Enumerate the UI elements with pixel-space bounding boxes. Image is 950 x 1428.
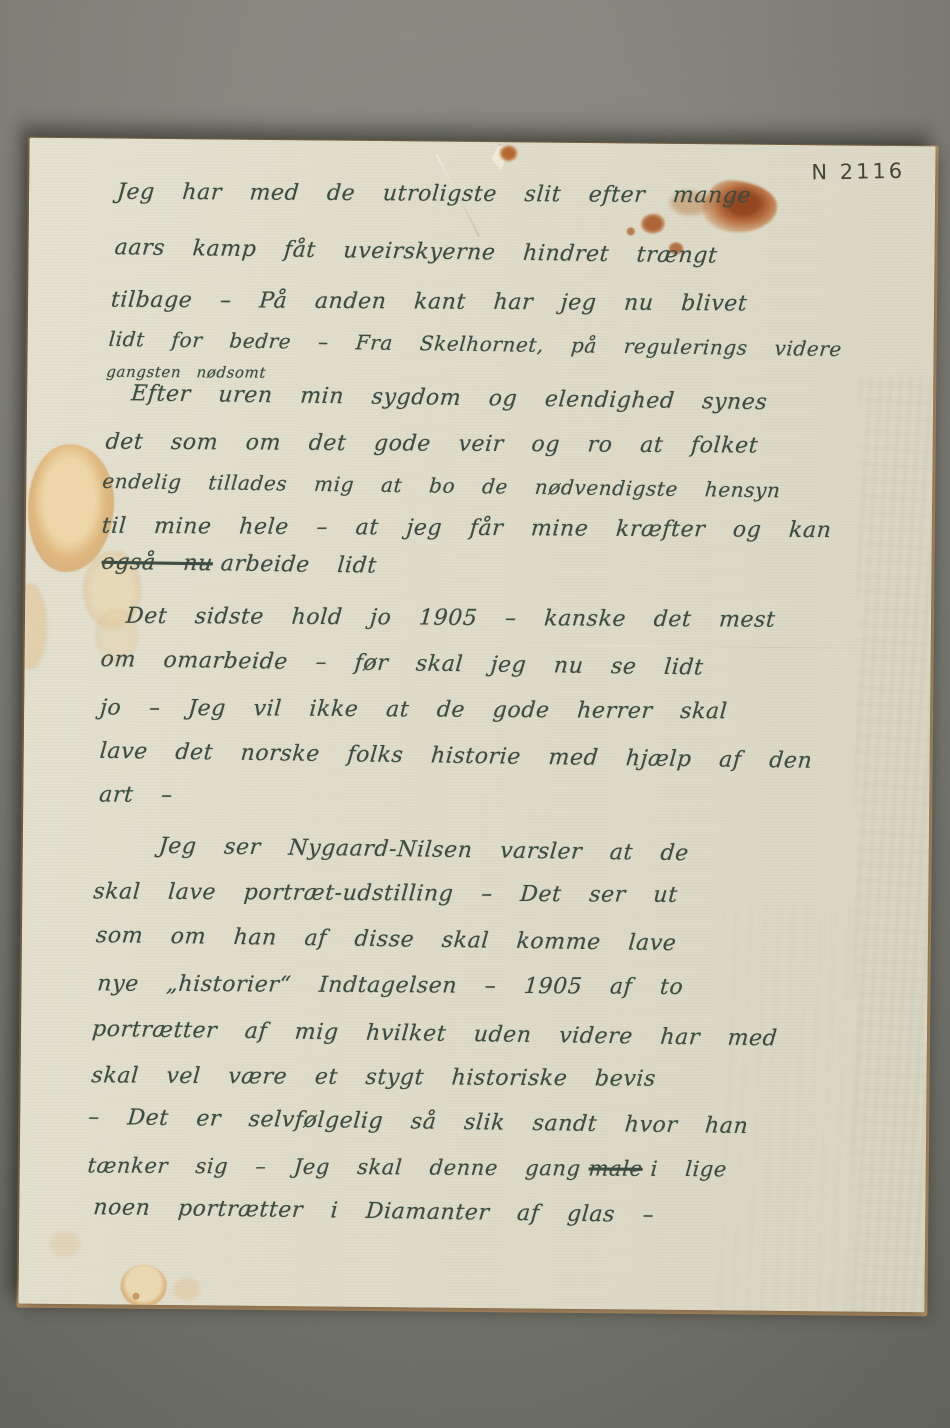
handwritten-line: lidt for bedre – Fra Skelhornet, på regu… <box>108 327 851 361</box>
rust-spot <box>627 227 635 235</box>
handwritten-line: skal vel være et stygt historiske bevis <box>91 1063 665 1091</box>
handwritten-line: også nuarbeide lidt <box>101 550 386 579</box>
bottom-left-stain <box>120 1265 166 1307</box>
handwritten-line: art – <box>98 783 181 808</box>
archive-photo-background: { "archive": { "label": "N 2116" }, "col… <box>0 0 950 1428</box>
crease-line <box>465 644 905 649</box>
handwritten-line: Jeg har med de utroligste slit efter man… <box>116 180 760 209</box>
handwritten-line: Efter uren min sygdom og elendighed syne… <box>130 381 776 415</box>
handwritten-line: aars kamp fåt uveirskyerne hindret træng… <box>114 235 727 269</box>
handwritten-line: nye „historier“ Indtagelsen – 1905 af to <box>96 971 692 1000</box>
rust-spot <box>641 214 665 234</box>
tear-rust-dot <box>499 145 517 161</box>
handwritten-line: Jeg ser Nygaard-Nilsen varsler at de <box>158 834 698 866</box>
handwritten-line: jo – Jeg vil ikke at de gode herrer skal <box>99 695 736 724</box>
paper-tear <box>491 144 509 170</box>
handwritten-line: endelig tillades mig at bo de nødvendigs… <box>101 469 789 503</box>
handwritten-line: tilbage – På anden kant har jeg nu blive… <box>110 288 756 317</box>
bottom-left-stain-dot <box>132 1293 139 1300</box>
handwritten-line: som om han af disse skal komme lave <box>95 923 685 956</box>
letter-sheet: N 2116 Jeg har med de utroligste slit ef… <box>18 138 935 1313</box>
handwritten-line: Det sidste hold jo 1905 – kanske det mes… <box>125 604 784 633</box>
handwritten-line: – Det er selvfølgelig så slik sandt hvor… <box>87 1105 757 1139</box>
handwritten-line: til mine hele – at jeg får mine kræfter … <box>101 514 841 543</box>
bottom-left-stain-faint <box>49 1230 81 1258</box>
handwritten-line: om omarbeide – før skal jeg nu se lidt <box>100 647 713 681</box>
handwritten-line: lave det norske folks historie med hjælp… <box>99 739 822 774</box>
handwritten-line: det som om det gode veir og ro at folket <box>105 430 767 459</box>
handwritten-line: noen portrætter i Diamanter af glas – <box>92 1195 663 1228</box>
bottom-left-stain-faint <box>172 1277 200 1301</box>
ink-showthrough-faint <box>718 904 863 1312</box>
ink-showthrough-band <box>849 376 935 1313</box>
handwritten-line-insertion: gangsten nødsomt <box>106 363 275 382</box>
handwritten-line: portrætter af mig hvilket uden videre ha… <box>91 1017 786 1052</box>
handwritten-line: skal lave portræt-udstilling – Det ser u… <box>92 879 686 908</box>
archive-number-label: N 2116 <box>811 159 905 185</box>
handwritten-line: tænker sig – Jeg skal denne gangmalei li… <box>87 1153 736 1181</box>
